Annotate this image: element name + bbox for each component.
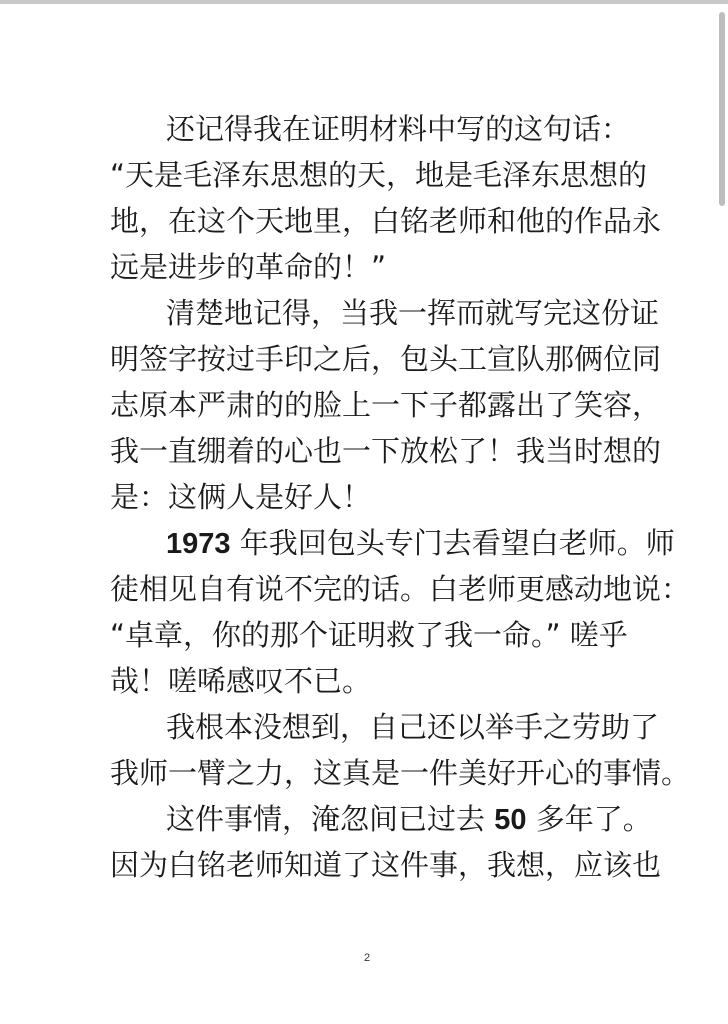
paragraph-3-line-1: 1973 年我回包头专门去看望白老师。师 xyxy=(110,520,622,566)
paragraph-1-line-3: 地，在这个天地里，白铭老师和他的作品永 xyxy=(110,198,622,244)
paragraph-1-line-1: 还记得我在证明材料中写的这句话： xyxy=(110,106,622,152)
paragraph-5-line-1-pre: 这件事情，淹忽间已过去 xyxy=(166,802,494,836)
paragraph-2-line-5: 是：这俩人是好人！ xyxy=(110,474,622,520)
years-number: 50 xyxy=(494,804,526,836)
paragraph-3-line-4: 哉！嗟唏感叹不已。 xyxy=(110,658,622,704)
paragraph-4-line-2: 我师一臂之力，这真是一件美好开心的事情。 xyxy=(110,750,622,796)
paragraph-1-line-2: “天是毛泽东思想的天，地是毛泽东思想的 xyxy=(110,152,622,198)
paragraph-2-line-1: 清楚地记得，当我一挥而就写完这份证 xyxy=(110,290,622,336)
paragraph-3-line-3: “卓章，你的那个证明救了我一命。” 嗟乎 xyxy=(110,612,622,658)
paragraph-5-line-1: 这件事情，淹忽间已过去 50 多年了。 xyxy=(110,796,622,842)
paragraph-4-line-1: 我根本没想到，自己还以举手之劳助了 xyxy=(110,704,622,750)
paragraph-2-line-3: 志原本严肃的的脸上一下子都露出了笑容， xyxy=(110,382,622,428)
year-number: 1973 xyxy=(166,528,231,560)
paragraph-3-line-1-text: 年我回包头专门去看望白老师。师 xyxy=(231,526,675,560)
paragraph-2-line-2: 明签字按过手印之后，包头工宣队那俩位同 xyxy=(110,336,622,382)
paragraph-1-line-4: 远是进步的革命的！” xyxy=(110,244,622,290)
paragraph-5-line-2: 因为白铭老师知道了这件事，我想，应该也 xyxy=(110,842,622,888)
document-page: 还记得我在证明材料中写的这句话： “天是毛泽东思想的天，地是毛泽东思想的 地，在… xyxy=(0,0,728,1024)
vertical-scrollbar[interactable] xyxy=(719,12,725,206)
document-body: 还记得我在证明材料中写的这句话： “天是毛泽东思想的天，地是毛泽东思想的 地，在… xyxy=(110,106,622,888)
page-number: 2 xyxy=(361,952,373,964)
paragraph-5-line-1-rest: 多年了。 xyxy=(526,802,651,836)
paragraph-2-line-4: 我一直绷着的心也一下放松了！我当时想的 xyxy=(110,428,622,474)
paragraph-3-line-2: 徒相见自有说不完的话。白老师更感动地说： xyxy=(110,566,622,612)
